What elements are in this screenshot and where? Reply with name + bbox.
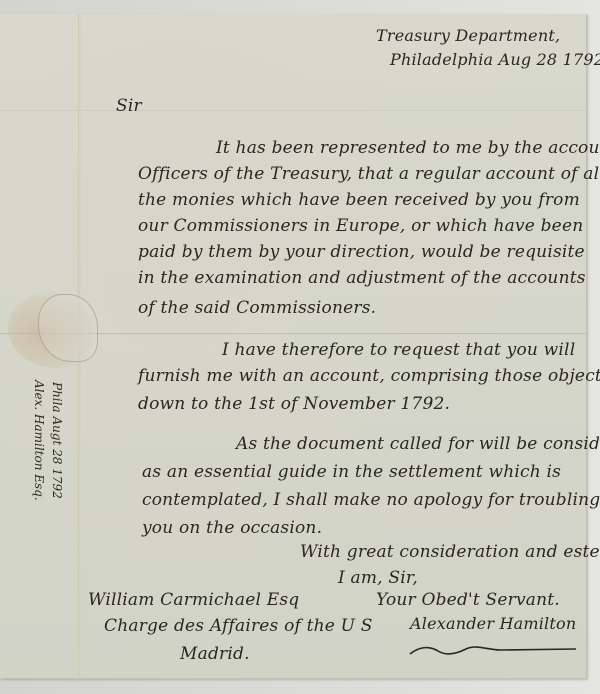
- body-line-8: I have therefore to request that you wil…: [222, 340, 575, 360]
- body-line-10: down to the 1st of November 1792.: [138, 394, 450, 414]
- heading-department: Treasury Department,: [376, 26, 560, 45]
- signature-flourish: [408, 644, 578, 656]
- body-line-9: furnish me with an account, comprising t…: [138, 366, 600, 386]
- body-line-1: It has been represented to me by the acc…: [216, 138, 600, 158]
- closing-line-3: Your Obed't Servant.: [376, 590, 560, 610]
- body-line-6: in the examination and adjustment of the…: [138, 268, 586, 288]
- body-line-3: the monies which have been received by y…: [138, 190, 580, 210]
- addressee-name: William Carmichael Esq: [88, 590, 299, 610]
- signature: Alexander Hamilton: [410, 614, 576, 633]
- body-line-4: our Commissioners in Europe, or which ha…: [138, 216, 583, 236]
- body-line-13: contemplated, I shall make no apology fo…: [142, 490, 600, 510]
- body-line-5: paid by them by your direction, would be…: [138, 242, 585, 262]
- body-line-11: As the document called for will be consi…: [236, 434, 600, 454]
- docket-author: Alex. Hamilton Esq.: [32, 380, 46, 501]
- closing-line-1: With great consideration and esteem,: [300, 542, 600, 562]
- body-line-2: Officers of the Treasury, that a regular…: [138, 164, 600, 184]
- body-line-12: as an essential guide in the settlement …: [142, 462, 561, 482]
- docket-date: Phila Augt 28 1792: [50, 382, 64, 499]
- salutation: Sir: [116, 96, 142, 116]
- addressee-place: Madrid.: [180, 644, 250, 664]
- fold-line-upper: [0, 110, 586, 111]
- addressee-title: Charge des Affaires of the U S: [104, 616, 373, 636]
- body-line-7: of the said Commissioners.: [138, 298, 376, 318]
- body-line-14: you on the occasion.: [142, 518, 322, 538]
- closing-line-2: I am, Sir,: [338, 568, 418, 588]
- heading-place-date: Philadelphia Aug 28 1792: [390, 50, 600, 69]
